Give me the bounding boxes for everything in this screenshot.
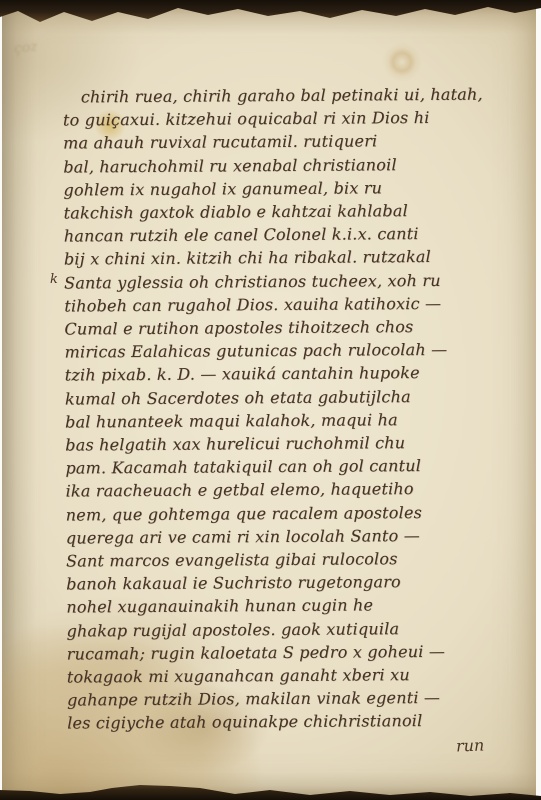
manuscript-line: hancan rutzih ele canel Colonel k.i.x. c… — [64, 222, 500, 248]
margin-note: k — [50, 272, 58, 287]
manuscript-text-block: chirih ruea, chirih garaho bal petinaki … — [63, 82, 504, 735]
manuscript-line: ma ahauh ruvixal rucutamil. rutiqueri — [63, 129, 499, 155]
manuscript-line: to guiçaxui. kitzehui oquicabal ri xin D… — [63, 106, 499, 132]
manuscript-line: ghakap rugijal apostoles. gaok xutiquila — [66, 616, 502, 642]
manuscript-line: Cumal e rutihon apostoles tihoitzech cho… — [64, 315, 500, 341]
manuscript-line: bij x chini xin. kitzih chi ha ribakal. … — [64, 245, 500, 271]
manuscript-line: gahanpe rutzih Dios, makilan vinak egent… — [67, 686, 503, 712]
manuscript-line: kumal oh Sacerdotes oh etata gabutijlcha — [65, 384, 501, 410]
manuscript-line: tzih pixab. k. D. — xauiká cantahin hupo… — [65, 361, 501, 387]
manuscript-line: gohlem ix nugahol ix ganumeal, bix ru — [63, 175, 499, 201]
manuscript-paper: çoz chirih ruea, chirih garaho bal petin… — [2, 0, 536, 798]
manuscript-line: Sant marcos evangelista gibai rulocolos — [66, 547, 502, 573]
manuscript-line: tihobeh can rugahol Dios. xauiha katihox… — [64, 291, 500, 317]
catchword: run — [455, 736, 484, 756]
manuscript-line: nohel xuganauinakih hunan cugin he — [66, 593, 502, 619]
manuscript-line: pam. Kacamah tatakiquil can oh gol cantu… — [65, 454, 501, 480]
manuscript-line: bas helgatih xax hurelicui ruchohmil chu — [65, 431, 501, 457]
show-through-writing: çoz — [13, 39, 38, 57]
manuscript-line: banoh kakaual ie Suchristo rugetongaro — [66, 570, 502, 596]
manuscript-line: les cigiyche atah oquinakpe chichristian… — [67, 709, 503, 735]
manuscript-line: querega ari ve cami ri xin locolah Santo… — [66, 523, 502, 549]
manuscript-line: rucamah; rugin kaloetata S pedro x goheu… — [67, 639, 503, 665]
manuscript-line: miricas Ealahicas gutunicas pach rulocol… — [65, 338, 501, 364]
manuscript-line: ika raacheuach e getbal elemo, haquetiho — [65, 477, 501, 503]
scan-frame: çoz chirih ruea, chirih garaho bal petin… — [0, 0, 541, 800]
manuscript-line: bal, haruchohmil ru xenabal christianoil — [63, 152, 499, 178]
manuscript-line: Santa yglessia oh christianos tucheex, x… — [64, 268, 500, 294]
manuscript-line: bal hunanteek maqui kalahok, maqui ha — [65, 407, 501, 433]
manuscript-line: nem, que gohtemga que racalem apostoles — [66, 500, 502, 526]
manuscript-line: chirih ruea, chirih garaho bal petinaki … — [63, 82, 499, 108]
manuscript-line: takchish gaxtok diablo e kahtzai kahlaba… — [64, 198, 500, 224]
manuscript-line: tokagaok mi xuganahcan ganaht xberi xu — [67, 663, 503, 689]
